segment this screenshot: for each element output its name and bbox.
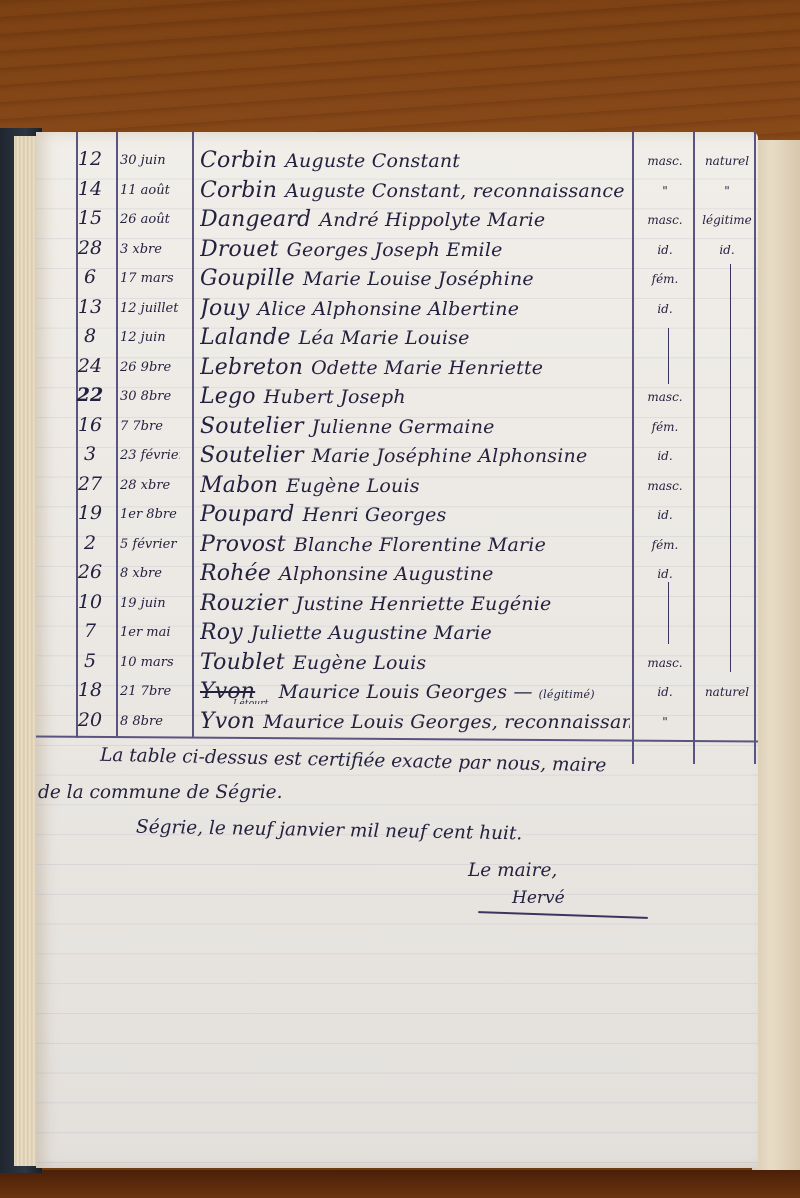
entry-filiation: " xyxy=(696,184,758,198)
entry-name: PoupardHenri Georges xyxy=(200,502,630,527)
table-row: 26 8 xbre RohéeAlphonsine Augustine id. xyxy=(36,559,758,589)
register-page: 12 30 juin CorbinAuguste Constant masc. … xyxy=(36,132,758,1168)
surname: Corbin xyxy=(200,178,277,203)
entry-name: RoyJuliette Augustine Marie xyxy=(200,620,630,645)
entry-date: 7 7bre xyxy=(120,419,180,434)
given-names: Auguste Constant xyxy=(285,150,460,172)
given-names: Auguste Constant, reconnaissance xyxy=(285,180,625,202)
entry-name: LalandeLéa Marie Louise xyxy=(200,325,630,350)
entry-sex: id. xyxy=(636,685,694,699)
table-row: 2 5 février ProvostBlanche Florentine Ma… xyxy=(36,530,758,560)
entry-name: RohéeAlphonsine Augustine xyxy=(200,561,630,586)
surname: Roy xyxy=(200,620,243,645)
entry-filiation: id. xyxy=(696,243,758,257)
entry-name: YvonLétourtMaurice Louis Georges —(légit… xyxy=(200,679,630,704)
entry-sex: id. xyxy=(636,508,694,522)
table-row: 27 28 xbre MabonEugène Louis masc. xyxy=(36,471,758,501)
mayor-title: Le maire, xyxy=(468,860,557,881)
surname: Goupille xyxy=(200,266,295,291)
entry-number: 12 xyxy=(70,148,110,170)
entry-name: MabonEugène Louis xyxy=(200,473,630,498)
entry-number: 15 xyxy=(70,207,110,229)
given-names: Odette Marie Henriette xyxy=(311,357,543,379)
entry-number: 6 xyxy=(70,266,110,288)
wooden-table-surface xyxy=(0,0,800,140)
given-names: Alphonsine Augustine xyxy=(279,563,494,585)
entry-date: 21 7bre xyxy=(120,684,180,699)
entry-number: 16 xyxy=(70,414,110,436)
entry-number: 19 xyxy=(70,502,110,524)
entry-date: 23 février xyxy=(120,448,180,463)
entry-name: JouyAlice Alphonsine Albertine xyxy=(200,296,630,321)
next-page-edge xyxy=(752,140,800,1170)
table-row: 18 21 7bre YvonLétourtMaurice Louis Geor… xyxy=(36,677,758,707)
given-names: Eugène Louis xyxy=(293,652,427,674)
entry-filiation: légitime xyxy=(696,213,758,227)
entry-sex: fém. xyxy=(636,420,694,434)
entry-date: 8 8bre xyxy=(120,714,180,729)
entry-date: 1er mai xyxy=(120,625,180,640)
surname-correction: Létourt xyxy=(233,699,268,704)
given-names: Marie Louise Joséphine xyxy=(303,268,534,290)
entry-sex: id. xyxy=(636,449,694,463)
table-row: 3 23 février SoutelierMarie Joséphine Al… xyxy=(36,441,758,471)
entry-name: CorbinAuguste Constant xyxy=(200,148,630,173)
entry-number: 24 xyxy=(70,355,110,377)
entry-name: SoutelierMarie Joséphine Alphonsine xyxy=(200,443,630,468)
entry-date: 26 août xyxy=(120,212,180,227)
given-names: Hubert Joseph xyxy=(264,386,406,408)
entry-number: 13 xyxy=(70,296,110,318)
entry-sex: masc. xyxy=(636,154,694,168)
entry-date: 1er 8bre xyxy=(120,507,180,522)
given-names: Eugène Louis xyxy=(286,475,420,497)
mayor-signature: Hervé xyxy=(512,888,565,908)
given-names: Henri Georges xyxy=(303,504,447,526)
entry-date: 30 8bre xyxy=(120,389,180,404)
certification-line-2: de la commune de Ségrie. xyxy=(38,782,282,803)
surname: Soutelier xyxy=(200,414,304,439)
entry-number: 27 xyxy=(70,473,110,495)
entry-name: ToubletEugène Louis xyxy=(200,650,630,675)
entry-number: 22 xyxy=(70,384,110,406)
entry-name: GoupilleMarie Louise Joséphine xyxy=(200,266,630,291)
entry-date: 28 xbre xyxy=(120,478,180,493)
entry-date: 30 juin xyxy=(120,153,180,168)
given-names: Léa Marie Louise xyxy=(299,327,470,349)
table-row: 14 11 août CorbinAuguste Constant, recon… xyxy=(36,176,758,206)
entry-name: LegoHubert Joseph xyxy=(200,384,630,409)
wooden-table-edge xyxy=(0,1170,800,1198)
table-row: 6 17 mars GoupilleMarie Louise Joséphine… xyxy=(36,264,758,294)
given-names: Juliette Augustine Marie xyxy=(251,622,492,644)
entry-date: 17 mars xyxy=(120,271,180,286)
entry-name: SoutelierJulienne Germaine xyxy=(200,414,630,439)
entry-number: 8 xyxy=(70,325,110,347)
entry-date: 10 mars xyxy=(120,655,180,670)
entry-name: YvonMaurice Louis Georges, reconnaissanc… xyxy=(200,709,630,734)
table-row: 7 1er mai RoyJuliette Augustine Marie xyxy=(36,618,758,648)
given-names: Marie Joséphine Alphonsine xyxy=(312,445,588,467)
entry-sex: id. xyxy=(636,567,694,581)
table-row: 15 26 août DangeardAndré Hippolyte Marie… xyxy=(36,205,758,235)
entry-date: 12 juillet xyxy=(120,301,180,316)
entry-number: 10 xyxy=(70,591,110,613)
entry-sex: masc. xyxy=(636,479,694,493)
given-names: Justine Henriette Eugénie xyxy=(296,593,552,615)
entry-number: 28 xyxy=(70,237,110,259)
given-names: Blanche Florentine Marie xyxy=(294,534,546,556)
surname: Corbin xyxy=(200,148,277,173)
entry-date: 12 juin xyxy=(120,330,180,345)
surname: Toublet xyxy=(200,650,285,675)
entry-name: LebretonOdette Marie Henriette xyxy=(200,355,630,380)
entry-date: 3 xbre xyxy=(120,242,180,257)
table-row: 24 26 9bre LebretonOdette Marie Henriett… xyxy=(36,353,758,383)
entry-name: RouzierJustine Henriette Eugénie xyxy=(200,591,630,616)
entry-number: 2 xyxy=(70,532,110,554)
given-names: Georges Joseph Emile xyxy=(287,239,503,261)
entry-date: 19 juin xyxy=(120,596,180,611)
entry-sex: id. xyxy=(636,302,694,316)
surname: Soutelier xyxy=(200,443,304,468)
entry-number: 18 xyxy=(70,679,110,701)
given-names: André Hippolyte Marie xyxy=(319,209,545,231)
entry-date: 26 9bre xyxy=(120,360,180,375)
surname: Dangeard xyxy=(200,207,311,232)
entry-sex: masc. xyxy=(636,656,694,670)
entry-date: 5 février xyxy=(120,537,180,552)
entry-sex: masc. xyxy=(636,213,694,227)
entry-filiation: naturel xyxy=(696,685,758,699)
surname: Poupard xyxy=(200,502,295,527)
entry-date: 11 août xyxy=(120,183,180,198)
table-row: 16 7 7bre SoutelierJulienne Germaine fém… xyxy=(36,412,758,442)
entry-number: 26 xyxy=(70,561,110,583)
entry-name: ProvostBlanche Florentine Marie xyxy=(200,532,630,557)
entry-sex: id. xyxy=(636,243,694,257)
surname: Provost xyxy=(200,532,286,557)
entry-name: CorbinAuguste Constant, reconnaissance xyxy=(200,178,630,203)
entry-date: 8 xbre xyxy=(120,566,180,581)
entry-number: 20 xyxy=(70,709,110,731)
given-names: Maurice Louis Georges — xyxy=(279,681,533,703)
entry-sex: " xyxy=(636,184,694,198)
table-row: 10 19 juin RouzierJustine Henriette Eugé… xyxy=(36,589,758,619)
entry-name: DrouetGeorges Joseph Emile xyxy=(200,237,630,262)
given-names: Alice Alphonsine Albertine xyxy=(257,298,519,320)
legitimation-note: (légitimé) xyxy=(539,688,595,701)
table-row: 12 30 juin CorbinAuguste Constant masc. … xyxy=(36,146,758,176)
entry-sex: fém. xyxy=(636,538,694,552)
surname: Lebreton xyxy=(200,355,303,380)
entry-sex: fém. xyxy=(636,272,694,286)
entry-filiation: naturel xyxy=(696,154,758,168)
surname: Mabon xyxy=(200,473,278,498)
entry-sex: " xyxy=(636,715,694,729)
entry-number: 3 xyxy=(70,443,110,465)
surname: Rohée xyxy=(200,561,271,586)
surname: Drouet xyxy=(200,237,279,262)
surname: Lego xyxy=(200,384,256,409)
surname: Rouzier xyxy=(200,591,288,616)
table-row: 13 12 juillet JouyAlice Alphonsine Alber… xyxy=(36,294,758,324)
entry-number: 7 xyxy=(70,620,110,642)
surname: Lalande xyxy=(200,325,291,350)
entry-number: 5 xyxy=(70,650,110,672)
surname: Jouy xyxy=(200,296,249,321)
table-row: 22 30 8bre LegoHubert Joseph masc. xyxy=(36,382,758,412)
entry-sex: masc. xyxy=(636,390,694,404)
given-names: Maurice Louis Georges, reconnaissance xyxy=(263,711,630,733)
entry-number: 14 xyxy=(70,178,110,200)
table-row: 19 1er 8bre PoupardHenri Georges id. xyxy=(36,500,758,530)
surname: Yvon xyxy=(200,709,255,734)
given-names: Julienne Germaine xyxy=(312,416,495,438)
table-row: 8 12 juin LalandeLéa Marie Louise xyxy=(36,323,758,353)
table-row: 28 3 xbre DrouetGeorges Joseph Emile id.… xyxy=(36,235,758,265)
table-row: 20 8 8bre YvonMaurice Louis Georges, rec… xyxy=(36,707,758,737)
table-row: 5 10 mars ToubletEugène Louis masc. xyxy=(36,648,758,678)
entry-name: DangeardAndré Hippolyte Marie xyxy=(200,207,630,232)
